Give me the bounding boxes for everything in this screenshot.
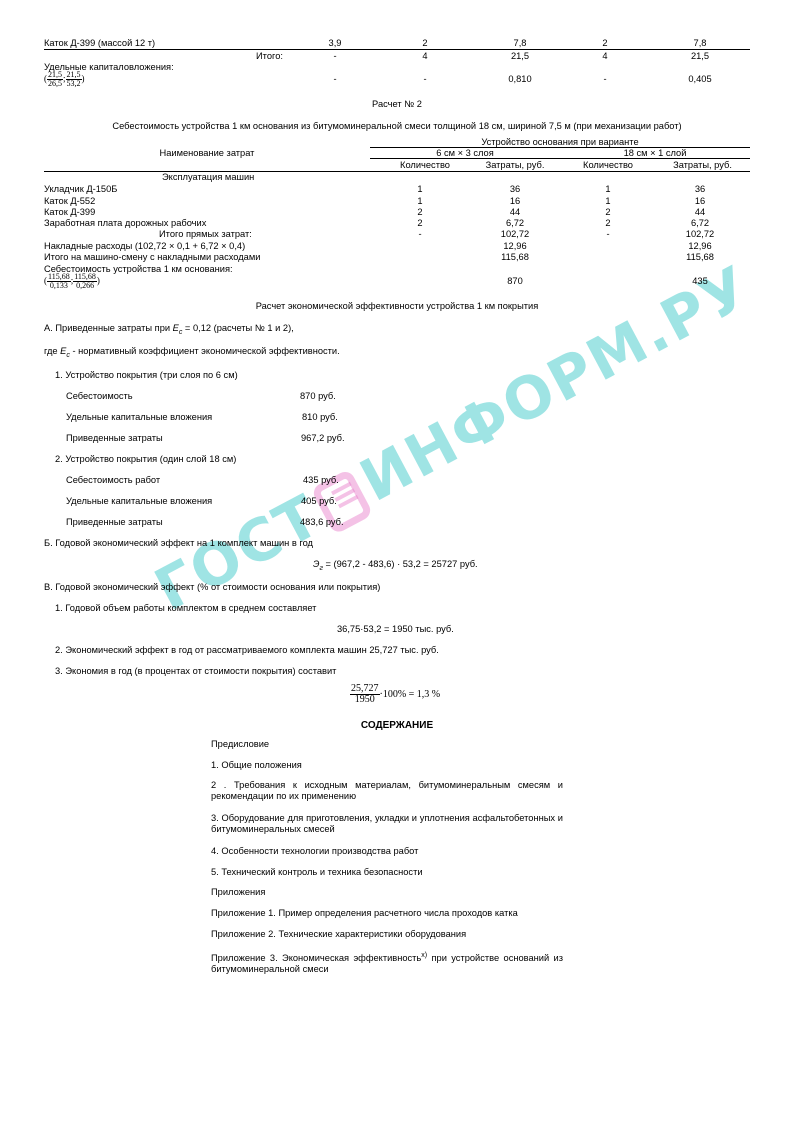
denominator: 53,2: [67, 80, 81, 88]
cell: 4: [400, 51, 450, 61]
cell: 4: [580, 51, 630, 61]
toc-item[interactable]: 5. Технический контроль и техника безопа…: [211, 867, 563, 878]
cell: 0,810: [490, 74, 550, 84]
row-label: Укладчик Д-150Б: [44, 184, 117, 194]
toc-entry: Приложение 1. Пример определения расчетн…: [211, 908, 563, 919]
v3-formula: 25,7271950·100% = 1,3 %: [350, 684, 440, 705]
item2-value: 435 руб.: [303, 475, 339, 485]
toc-entry: 2 . Требования к исходным материалам, би…: [211, 780, 563, 802]
item1-value: 810 руб.: [302, 412, 338, 422]
cell: 16: [485, 196, 545, 206]
text: = (967,2 - 483,6) · 53,2 = 25727 руб.: [323, 559, 478, 569]
cell: 12,96: [670, 241, 730, 251]
cell: 2: [395, 207, 445, 217]
item2-value: 483,6 руб.: [300, 517, 344, 527]
text: = 0,12 (расчеты № 1 и 2),: [182, 323, 293, 333]
cell: 21,5: [490, 51, 550, 61]
header-cost2: Затраты, руб.: [655, 160, 750, 170]
toc-item[interactable]: Предисловие: [211, 739, 563, 750]
cell: -: [583, 229, 633, 239]
toc-entry: 1. Общие положения: [211, 760, 563, 771]
toc-title: СОДЕРЖАНИЕ: [0, 720, 794, 731]
v2: 2. Экономический эффект в год от рассмат…: [55, 645, 439, 655]
watermark-right: ИНФОРМ.РУ: [349, 252, 762, 515]
cell: 102,72: [670, 229, 730, 239]
cell: -: [580, 74, 630, 84]
cell: 1: [583, 184, 633, 194]
cell: -: [310, 74, 360, 84]
toc-entry: Предисловие: [211, 739, 563, 750]
total-label: Итого:: [256, 51, 283, 61]
v-title: В. Годовой экономический эффект (% от ст…: [44, 582, 380, 592]
row-label: Итого на машино-смену с накладными расхо…: [44, 252, 260, 262]
toc-item[interactable]: 4. Особенности технологии производства р…: [211, 846, 563, 857]
where-line: где Ec - нормативный коэффициент экономи…: [44, 346, 340, 359]
row-label: Каток Д-552: [44, 196, 95, 206]
toc-item[interactable]: Приложение 3. Экономическая эффективност…: [211, 950, 563, 975]
toc-item[interactable]: 3. Оборудование для приготовления, уклад…: [211, 813, 563, 835]
item1-label: Себестоимость: [66, 391, 133, 401]
toc-entry: Приложения: [211, 887, 563, 898]
toc-item[interactable]: Приложения: [211, 887, 563, 898]
row-label: Каток Д-399: [44, 207, 95, 217]
b-formula: Эг = (967,2 - 483,6) · 53,2 = 25727 руб.: [313, 559, 478, 572]
cell: 435: [670, 276, 730, 286]
cell: -: [310, 51, 360, 61]
item2-title: 2. Устройство покрытия (один слой 18 см): [55, 454, 236, 464]
section-label: Эксплуатация машин: [162, 172, 254, 182]
cell: 115,68: [485, 252, 545, 262]
row-label: Накладные расходы (102,72 × 0,1 + 6,72 ×…: [44, 241, 245, 251]
item1-value: 967,2 руб.: [301, 433, 345, 443]
toc-item[interactable]: 2 . Требования к исходным материалам, би…: [211, 780, 563, 802]
cell: 6,72: [670, 218, 730, 228]
v1-formula: 36,75·53,2 = 1950 тыс. руб.: [337, 624, 454, 634]
cell: 44: [670, 207, 730, 217]
toc-item[interactable]: Приложение 2. Технические характеристики…: [211, 929, 563, 940]
item2-label: Приведенные затраты: [66, 517, 163, 527]
divider: [44, 171, 750, 172]
cell: 2: [580, 38, 630, 48]
denominator: 26,5: [48, 80, 62, 88]
cell: 1: [395, 184, 445, 194]
cell: 16: [670, 196, 730, 206]
denominator: 1950: [355, 695, 375, 705]
header-variant2: 18 см × 1 слой: [560, 148, 750, 158]
calc2-subtitle: Себестоимость устройства 1 км основания …: [0, 121, 794, 131]
toc-entry: Приложение 2. Технические характеристики…: [211, 929, 563, 940]
cell: 2: [583, 207, 633, 217]
cell: -: [400, 74, 450, 84]
cell: 36: [670, 184, 730, 194]
row-label: Итого прямых затрат:: [159, 229, 252, 239]
text: ·100% = 1,3 %: [380, 689, 441, 700]
item1-value: 870 руб.: [300, 391, 336, 401]
cell: 2: [583, 218, 633, 228]
a-line: А. Приведенные затраты при Ec = 0,12 (ра…: [44, 323, 294, 336]
cell: 2: [395, 218, 445, 228]
header-variant1: 6 см × 3 слоя: [370, 148, 560, 158]
header-qty2: Количество: [568, 160, 648, 170]
v1: 1. Годовой объем работы комплектом в сре…: [55, 603, 316, 613]
cell: 36: [485, 184, 545, 194]
toc-item[interactable]: Приложение 1. Пример определения расчетн…: [211, 908, 563, 919]
row-label: Каток Д-399 (массой 12 т): [44, 38, 155, 48]
item1-label: Удельные капитальные вложения: [66, 412, 212, 422]
denominator: 0,266: [76, 282, 94, 290]
cell: 3,9: [310, 38, 360, 48]
cell: 7,8: [490, 38, 550, 48]
calc2-title: Расчет № 2: [0, 99, 794, 109]
text: - нормативный коэффициент экономической …: [70, 346, 340, 356]
toc-item[interactable]: 1. Общие положения: [211, 760, 563, 771]
toc-entry: 5. Технический контроль и техника безопа…: [211, 867, 563, 878]
header-group: Устройство основания при варианте: [370, 137, 750, 147]
item1-title: 1. Устройство покрытия (три слоя по 6 см…: [55, 370, 238, 380]
b-title: Б. Годовой экономический эффект на 1 ком…: [44, 538, 313, 548]
text: Приложение 3. Экономическая эффективност…: [211, 953, 421, 963]
capital-formula: (21,526,5;21,553,2): [44, 71, 85, 88]
cell: 7,8: [670, 38, 730, 48]
item2-value: 405 руб.: [301, 496, 337, 506]
item2-label: Себестоимость работ: [66, 475, 160, 485]
cell: 102,72: [485, 229, 545, 239]
divider: [370, 158, 750, 159]
cell: 0,405: [670, 74, 730, 84]
toc-entry: Приложение 3. Экономическая эффективност…: [211, 950, 563, 975]
divider: [44, 49, 750, 50]
toc-entry: 4. Особенности технологии производства р…: [211, 846, 563, 857]
cell: 12,96: [485, 241, 545, 251]
cell: -: [395, 229, 445, 239]
header-cost1: Затраты, руб.: [470, 160, 560, 170]
cell: 21,5: [670, 51, 730, 61]
cell: 870: [485, 276, 545, 286]
efficiency-title: Расчет экономической эффективности устро…: [0, 301, 794, 311]
cell: 1: [395, 196, 445, 206]
text: где: [44, 346, 60, 356]
text: А. Приведенные затраты при: [44, 323, 173, 333]
header-qty1: Количество: [385, 160, 465, 170]
cell: 2: [400, 38, 450, 48]
cell: 115,68: [670, 252, 730, 262]
v3: 3. Экономия в год (в процентах от стоимо…: [55, 666, 336, 676]
cost-formula: (115,680,133;115,680,266): [44, 273, 100, 290]
cell: 1: [583, 196, 633, 206]
cell: 6,72: [485, 218, 545, 228]
item1-label: Приведенные затраты: [66, 433, 163, 443]
row-label: Заработная плата дорожных рабочих: [44, 218, 206, 228]
item2-label: Удельные капитальные вложения: [66, 496, 212, 506]
denominator: 0,133: [50, 282, 68, 290]
cell: 44: [485, 207, 545, 217]
header-name: Наименование затрат: [44, 148, 370, 158]
toc-entry: 3. Оборудование для приготовления, уклад…: [211, 813, 563, 835]
